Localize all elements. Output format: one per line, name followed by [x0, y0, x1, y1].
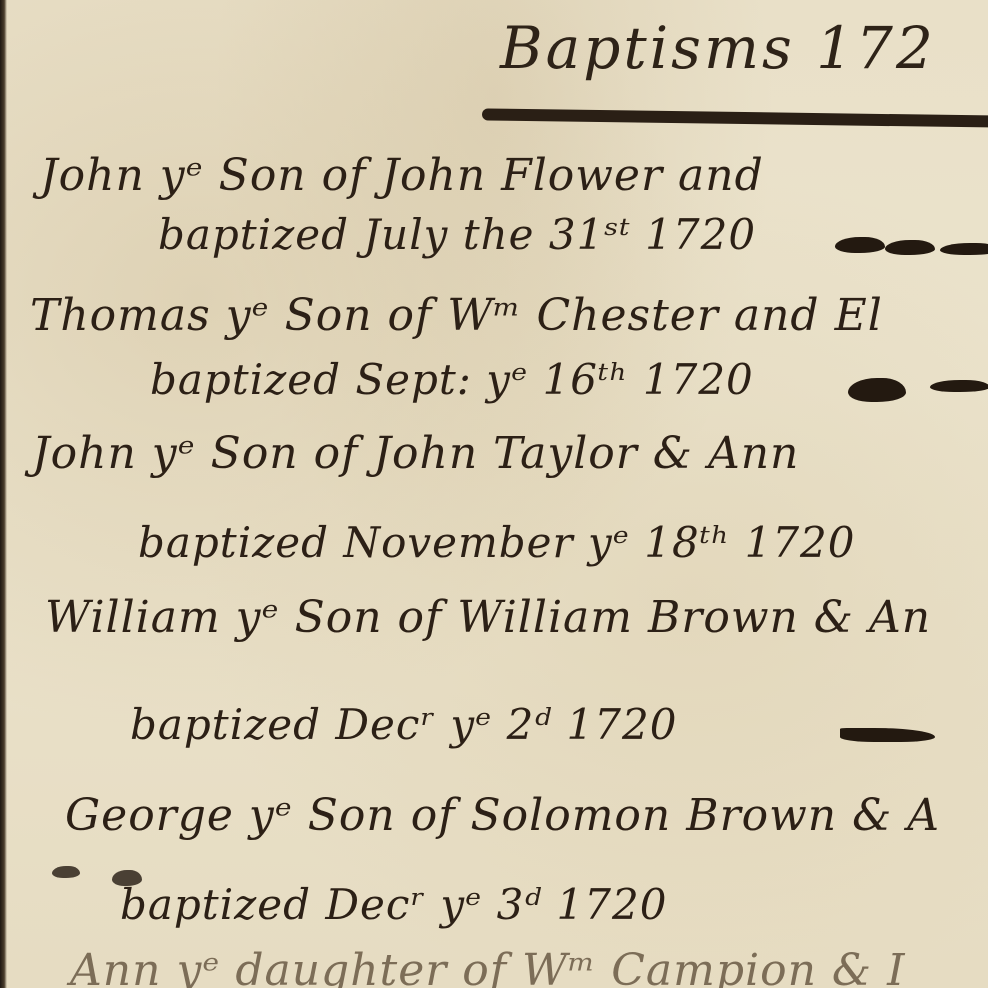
entry-2-baptism-line: baptized Sept: yᵉ 16ᵗʰ 1720 — [150, 355, 754, 404]
line-filler-flourish — [835, 237, 885, 253]
ink-blot — [52, 866, 80, 878]
entry-4-child-line: William yᵉ Son of William Brown & An — [45, 592, 931, 643]
ink-blot — [112, 870, 142, 886]
heading-underline-rule — [482, 108, 988, 127]
entry-5-child-line: George yᵉ Son of Solomon Brown & A — [65, 790, 940, 841]
entry-4-baptism-line: baptized Decʳ yᵉ 2ᵈ 1720 — [130, 700, 677, 749]
entry-1-baptism-line: baptized July the 31ˢᵗ 1720 — [158, 210, 756, 259]
line-filler-flourish — [885, 240, 935, 255]
entry-3-child-line: John yᵉ Son of John Taylor & Ann — [32, 428, 799, 479]
page-binding-edge — [0, 0, 7, 988]
line-filler-flourish — [940, 243, 988, 255]
entry-2-child-line: Thomas yᵉ Son of Wᵐ Chester and El — [30, 290, 883, 341]
entry-1-child-line: John yᵉ Son of John Flower and — [40, 150, 764, 201]
line-filler-flourish — [930, 380, 988, 392]
page-heading: Baptisms 172 — [500, 14, 936, 82]
line-filler-flourish — [848, 378, 906, 402]
entry-6-child-line: Ann yᵉ daughter of Wᵐ Campion & I — [70, 945, 905, 988]
entry-3-baptism-line: baptized November yᵉ 18ᵗʰ 1720 — [138, 518, 856, 567]
entry-5-baptism-line: baptized Decʳ yᵉ 3ᵈ 1720 — [120, 880, 667, 929]
register-page: Baptisms 172 John yᵉ Son of John Flower … — [0, 0, 988, 988]
line-filler-flourish — [840, 728, 935, 742]
